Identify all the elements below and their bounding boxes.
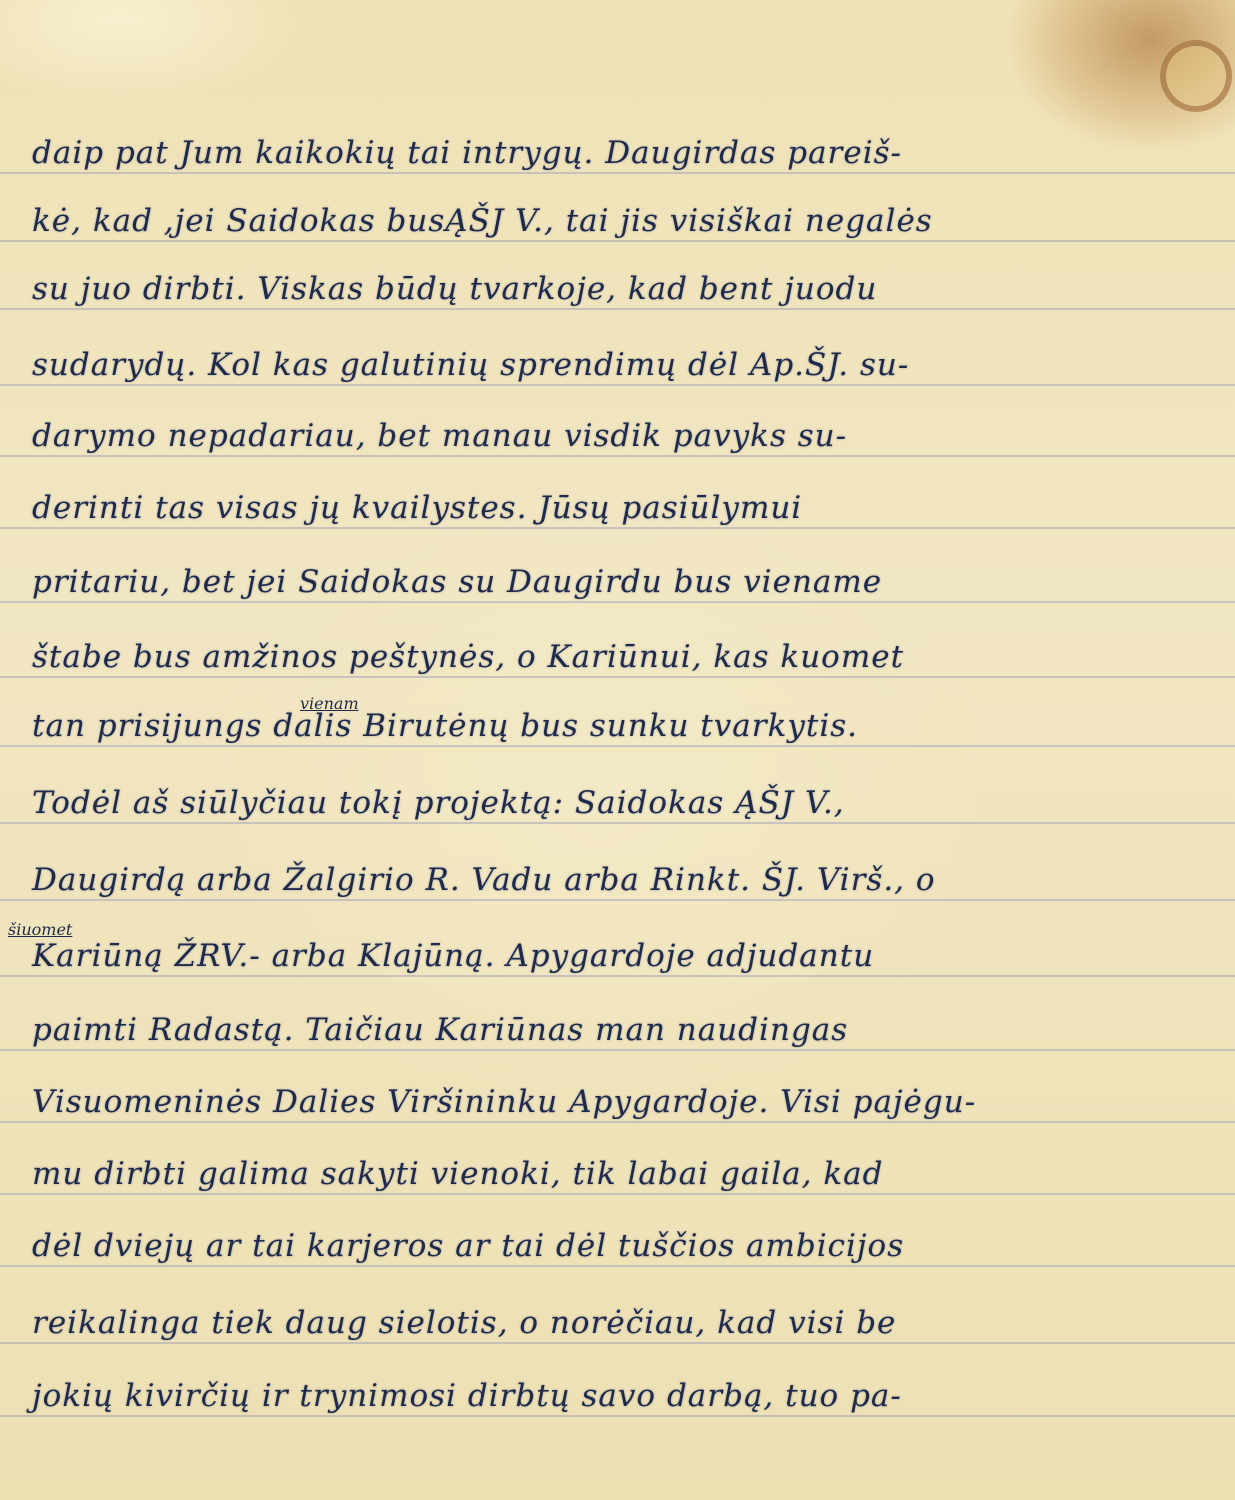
ruled-line xyxy=(0,1342,1235,1344)
interlinear-insertion: šiuomet xyxy=(8,920,72,939)
ruled-line xyxy=(0,527,1235,529)
handwritten-line: Visuomeninės Dalies Viršininku Apygardoj… xyxy=(32,1084,1222,1120)
ruled-line xyxy=(0,1049,1235,1051)
handwritten-line: jokių kivirčių ir trynimosi dirbtų savo … xyxy=(32,1378,1222,1414)
ruled-line xyxy=(0,822,1235,824)
ruled-line xyxy=(0,1265,1235,1267)
ruled-line xyxy=(0,172,1235,174)
ruled-line xyxy=(0,975,1235,977)
ruled-line xyxy=(0,455,1235,457)
handwritten-line: pritariu, bet jei Saidokas su Daugirdu b… xyxy=(32,564,1222,600)
handwritten-line: Kariūną ŽRV.- arba Klajūną. Apygardoje a… xyxy=(32,938,1222,974)
water-stain xyxy=(1160,40,1232,112)
ruled-line xyxy=(0,601,1235,603)
handwritten-line: kė, kad ,jei Saidokas busĄŠJ V., tai jis… xyxy=(32,203,1222,239)
handwritten-line: su juo dirbti. Viskas būdų tvarkoje, kad… xyxy=(32,271,1222,307)
handwritten-line: štabe bus amžinos peštynės, o Kariūnui, … xyxy=(32,639,1222,675)
ruled-line xyxy=(0,676,1235,678)
handwritten-line: daip pat Jum kaikokių tai intrygų. Daugi… xyxy=(32,135,1222,171)
interlinear-insertion: vienam xyxy=(300,694,359,713)
handwritten-line: mu dirbti galima sakyti vienoki, tik lab… xyxy=(32,1156,1222,1192)
ruled-line xyxy=(0,1415,1235,1417)
ruled-line xyxy=(0,384,1235,386)
ruled-line xyxy=(0,308,1235,310)
handwritten-line: tan prisijungs dalis Birutėnų bus sunku … xyxy=(32,708,1222,744)
ruled-line xyxy=(0,899,1235,901)
handwritten-line: reikalinga tiek daug sielotis, o norėčia… xyxy=(32,1305,1222,1341)
ruled-line xyxy=(0,1121,1235,1123)
handwritten-line: paimti Radastą. Taičiau Kariūnas man nau… xyxy=(32,1012,1222,1048)
ruled-line xyxy=(0,745,1235,747)
handwritten-line: sudarydų. Kol kas galutinių sprendimų dė… xyxy=(32,347,1222,383)
handwritten-line: darymo nepadariau, bet manau visdik pavy… xyxy=(32,418,1222,454)
ruled-line xyxy=(0,240,1235,242)
handwritten-line: derinti tas visas jų kvailystes. Jūsų pa… xyxy=(32,490,1222,526)
handwritten-line: Daugirdą arba Žalgirio R. Vadu arba Rink… xyxy=(32,862,1222,898)
ruled-line xyxy=(0,1193,1235,1195)
letter-page: daip pat Jum kaikokių tai intrygų. Daugi… xyxy=(0,0,1235,1500)
handwritten-line: Todėl aš siūlyčiau tokį projektą: Saidok… xyxy=(32,785,1222,821)
handwritten-line: dėl dviejų ar tai karjeros ar tai dėl tu… xyxy=(32,1228,1222,1264)
